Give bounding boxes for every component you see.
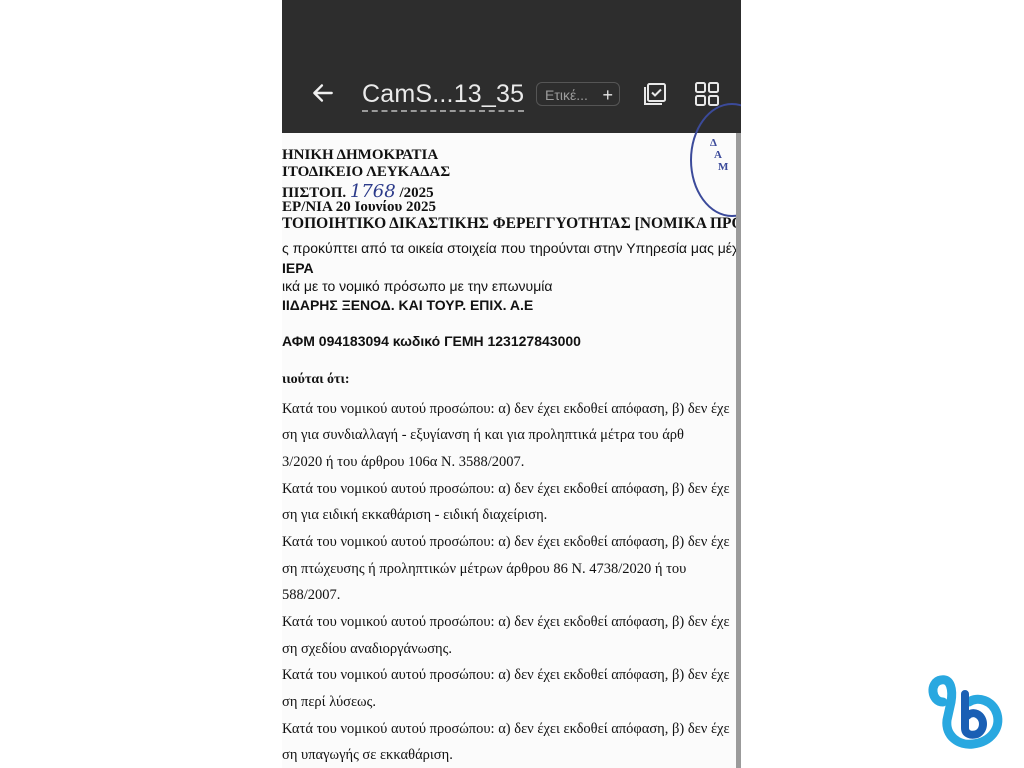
header-line: ΗΝΙΚΗ ΔΗΜΟΚΡΑΤΙΑ [282, 147, 438, 164]
phone-screen: CamS...13_35 Ετικέ... + [282, 0, 741, 768]
document-title: ΤΟΠΟΙΗΤΙΚΟ ΔΙΚΑΣΤΙΚΗΣ ΦΕΡΕΓΓΥΟΤΗΤΑΣ [ΝΟΜ… [282, 215, 741, 233]
back-button[interactable] [310, 80, 336, 106]
body-line: Κατά του νομικού αυτού προσώπου: α) δεν … [282, 721, 730, 738]
multi-select-check-icon [642, 81, 668, 107]
body-line: ση σχεδίου αναδιοργάνωσης. [282, 641, 452, 658]
add-tag-chip[interactable]: Ετικέ... + [536, 82, 620, 106]
body-line: 588/2007. [282, 587, 340, 604]
app-bar: CamS...13_35 Ετικέ... + [282, 0, 741, 133]
body-line: ση για ειδική εκκαθάριση - ειδική διαχεί… [282, 507, 547, 524]
intro-line: ς προκύπτει από τα οικεία στοιχεία που τ… [282, 240, 741, 256]
b-logo-icon [925, 672, 1007, 752]
grid-view-button[interactable] [694, 81, 720, 107]
body-line: Κατά του νομικού αυτού προσώπου: α) δεν … [282, 481, 730, 498]
intro-line: ΙΕΡΑ [282, 260, 314, 276]
afm-line: ΑΦΜ 094183094 κωδικό ΓΕΜΗ 123127843000 [282, 333, 581, 349]
arrow-left-icon [310, 80, 336, 106]
grid-view-icon [694, 81, 720, 107]
body-line: Κατά του νομικού αυτού προσώπου: α) δεν … [282, 667, 730, 684]
body-line: ση πτώχευσης ή προληπτικών μέτρων άρθρου… [282, 561, 686, 578]
brand-logo [925, 672, 1007, 752]
file-title[interactable]: CamS...13_35 [362, 80, 524, 112]
body-line: ση υπαγωγής σε εκκαθάριση. [282, 747, 453, 764]
body-line: 3/2020 ή του άρθρου 106α Ν. 3588/2007. [282, 454, 524, 471]
body-line: Κατά του νομικού αυτού προσώπου: α) δεν … [282, 614, 730, 631]
intro-line: ικά με το νομικό πρόσωπο με την επωνυμία [282, 278, 552, 294]
body-line: Κατά του νομικού αυτού προσώπου: α) δεν … [282, 401, 730, 418]
header-line: ΕΡ/ΝΙΑ 20 Ιουνίου 2025 [282, 199, 436, 216]
body-line: ση για συνδιαλλαγή - εξυγίανση ή και για… [282, 427, 684, 444]
certified-line: ιιούται ότι: [282, 372, 350, 388]
plus-icon: + [602, 83, 613, 107]
document-image[interactable]: Δ Α Μ ΗΝΙΚΗ ΔΗΜΟΚΡΑΤΙΑ ΙΤΟΔΙΚΕΙΟ ΛΕΥΚΑΔΑ… [282, 133, 741, 768]
body-line: Κατά του νομικού αυτού προσώπου: α) δεν … [282, 534, 730, 551]
page-edge [736, 133, 741, 768]
company-name: ΙΙΔΑΡΗΣ ΞΕΝΟΔ. ΚΑΙ ΤΟΥΡ. ΕΠΙΧ. Α.Ε [282, 297, 533, 313]
header-line: ΙΤΟΔΙΚΕΙΟ ΛΕΥΚΑΔΑΣ [282, 164, 450, 181]
tag-chip-label: Ετικέ... [545, 87, 588, 103]
body-line: ση περί λύσεως. [282, 694, 376, 711]
select-button[interactable] [642, 81, 668, 107]
